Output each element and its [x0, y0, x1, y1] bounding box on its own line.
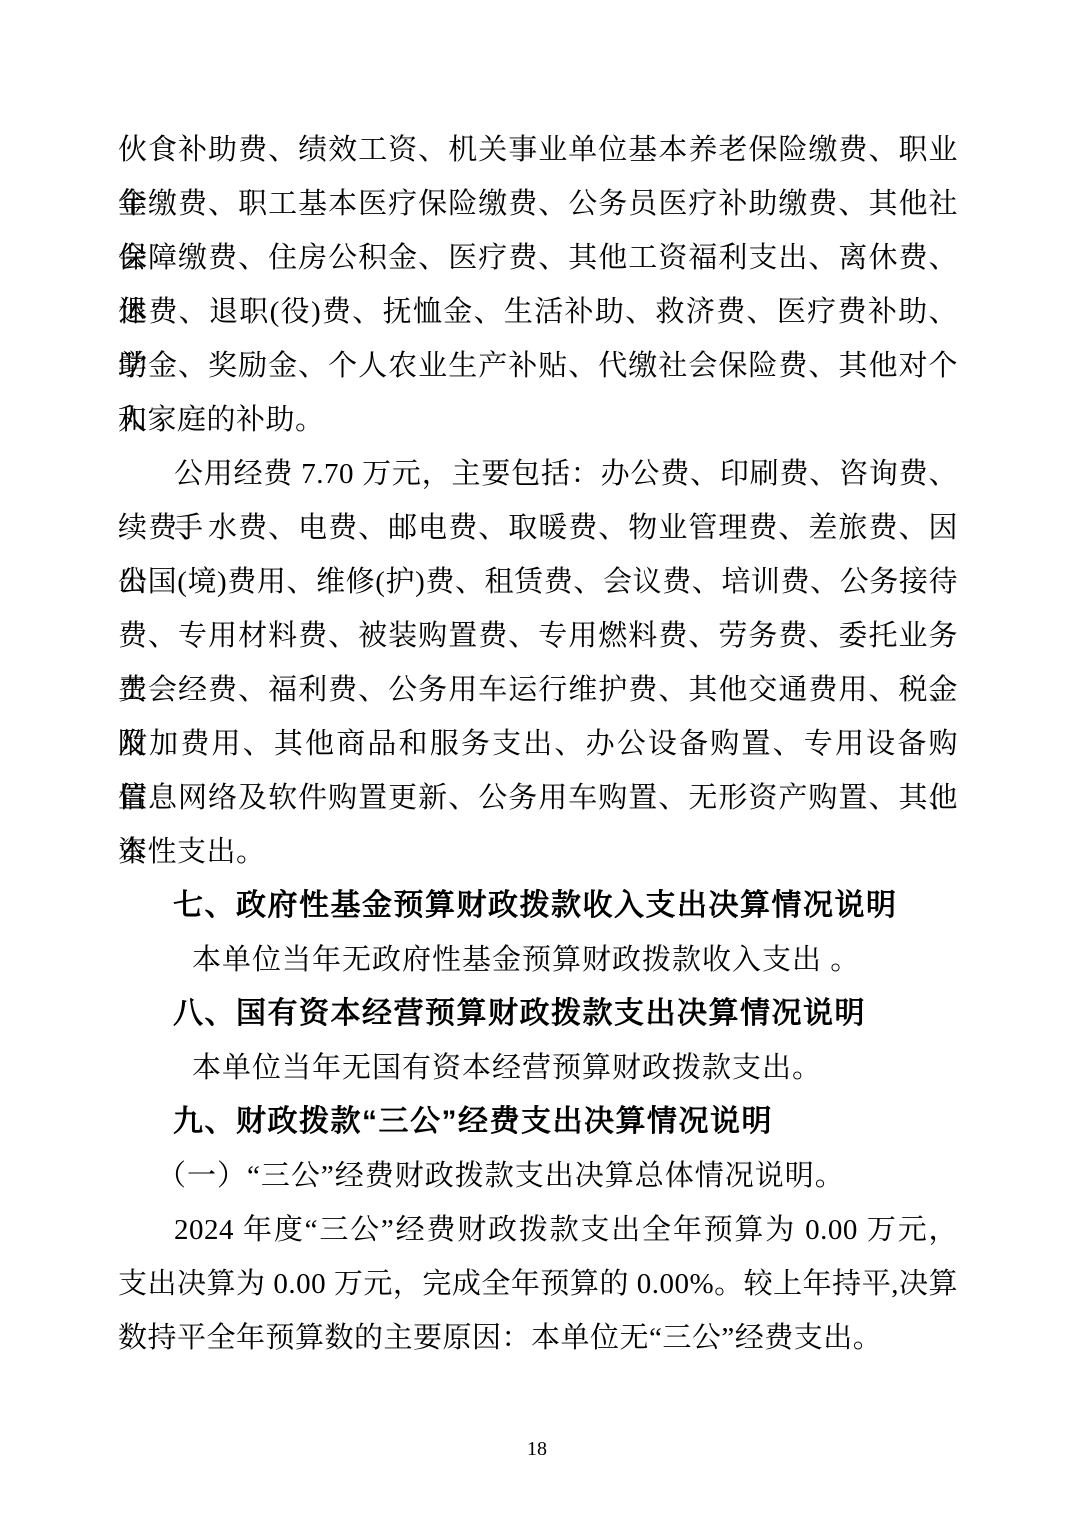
page-number: 18 [0, 1436, 1074, 1462]
document-line: 费、专用材料费、被装购置费、专用燃料费、劳务费、委托业务费、 [118, 609, 958, 663]
document-body: 伙食补助费、绩效工资、机关事业单位基本养老保险缴费、职业年金缴费、职工基本医疗保… [118, 123, 958, 1365]
document-line: 伙食补助费、绩效工资、机关事业单位基本养老保险缴费、职业年 [118, 123, 958, 177]
document-line: 九、财政拨款“三公”经费支出决算情况说明 [118, 1095, 958, 1149]
document-line: 附加费用、其他商品和服务支出、办公设备购置、专用设备购置、 [118, 717, 958, 771]
document-line: （一）“三公”经费财政拨款支出决算总体情况说明。 [118, 1149, 958, 1203]
document-line: 2024 年度“三公”经费财政拨款支出全年预算为 0.00 万元， [118, 1203, 958, 1257]
document-line: 支出决算为 0.00 万元，完成全年预算的 0.00%。较上年持平,决算 [118, 1257, 958, 1311]
document-line: 公用经费 7.70 万元，主要包括：办公费、印刷费、咨询费、手 [118, 447, 958, 501]
document-line: 出国(境)费用、维修(护)费、租赁费、会议费、培训费、公务接待 [118, 555, 958, 609]
document-line: 本单位当年无国有资本经营预算财政拨款支出。 [118, 1041, 958, 1095]
document-line: 信息网络及软件购置更新、公务用车购置、无形资产购置、其他资 [118, 771, 958, 825]
document-line: 保障缴费、住房公积金、医疗费、其他工资福利支出、离休费、退 [118, 231, 958, 285]
document-line: 和家庭的补助。 [118, 393, 958, 447]
document-line: 本性支出。 [118, 825, 958, 879]
document-line: 数持平全年预算数的主要原因：本单位无“三公”经费支出。 [118, 1311, 958, 1365]
document-page: 伙食补助费、绩效工资、机关事业单位基本养老保险缴费、职业年金缴费、职工基本医疗保… [0, 0, 1074, 1520]
document-line: 休费、退职(役)费、抚恤金、生活补助、救济费、医疗费补助、助 [118, 285, 958, 339]
document-line: 本单位当年无政府性基金预算财政拨款收入支出 。 [118, 933, 958, 987]
document-line: 七、政府性基金预算财政拨款收入支出决算情况说明 [118, 879, 958, 933]
document-line: 金缴费、职工基本医疗保险缴费、公务员医疗补助缴费、其他社会 [118, 177, 958, 231]
document-line: 八、国有资本经营预算财政拨款支出决算情况说明 [118, 987, 958, 1041]
document-line: 学金、奖励金、个人农业生产补贴、代缴社会保险费、其他对个人 [118, 339, 958, 393]
document-line: 续费、水费、电费、邮电费、取暖费、物业管理费、差旅费、因公 [118, 501, 958, 555]
document-line: 工会经费、福利费、公务用车运行维护费、其他交通费用、税金及 [118, 663, 958, 717]
